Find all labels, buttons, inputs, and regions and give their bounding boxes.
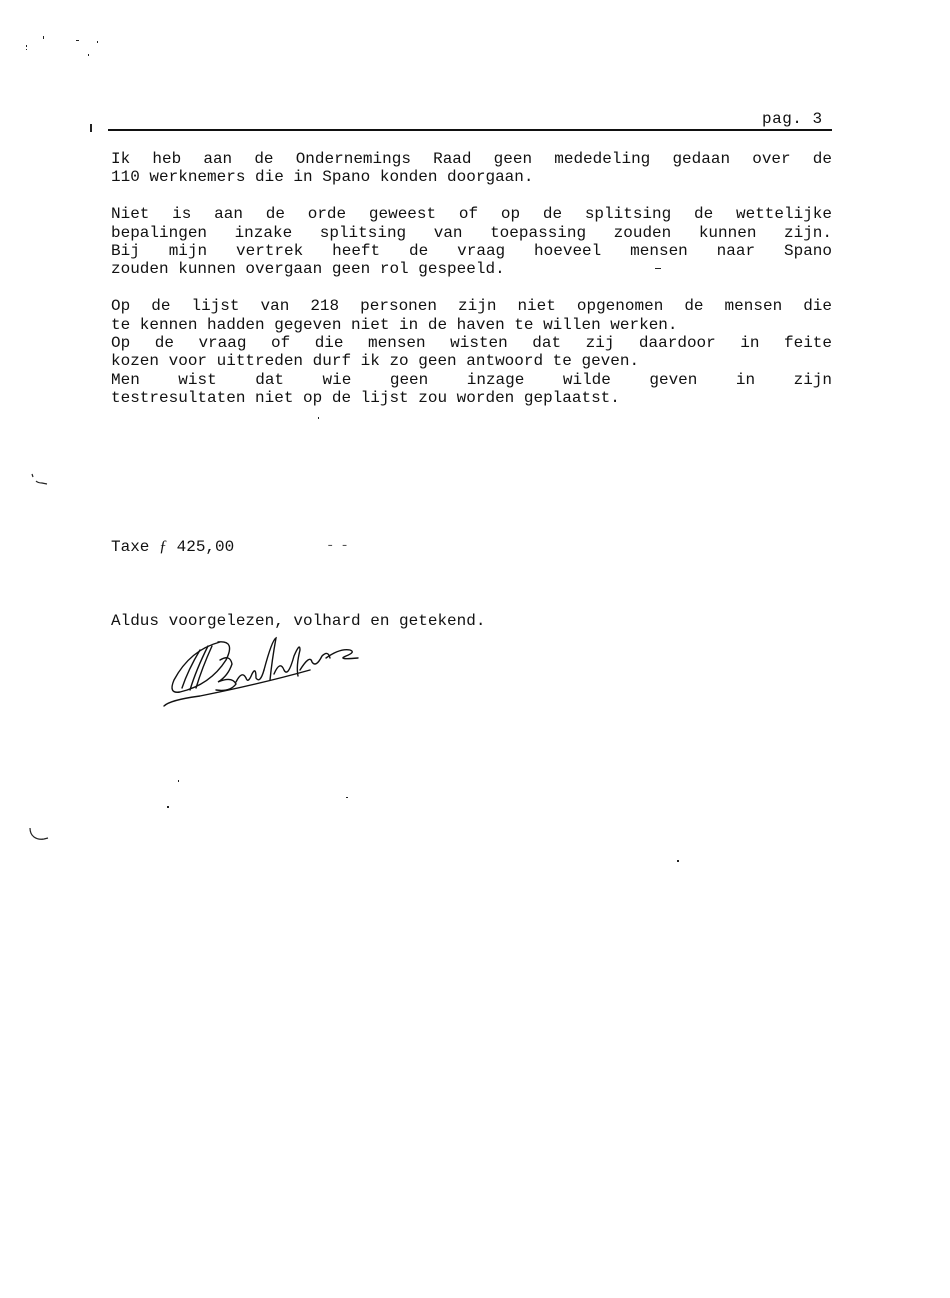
text-line: Men wist dat wie geen inzage wilde geven…: [111, 371, 832, 389]
scan-artifact: --: [326, 538, 355, 554]
text-line: kozen voor uittreden durf ik zo geen ant…: [111, 352, 832, 370]
text-line: 110 werknemers die in Spano konden doorg…: [111, 168, 832, 186]
fee-label: Taxe: [111, 538, 149, 556]
scan-speck: [43, 36, 44, 39]
fee-amount: 425,00: [177, 538, 235, 556]
scan-speck: [76, 40, 79, 41]
fee-line: Taxe ƒ 425,00: [111, 538, 234, 556]
signature-icon: [160, 630, 370, 710]
scan-speck: [178, 780, 179, 782]
text-line: testresultaten niet op de lijst zou word…: [111, 389, 832, 407]
text-line: Bij mijn vertrek heeft de vraag hoeveel …: [111, 242, 832, 260]
text-line: te kennen hadden gegeven niet in de have…: [111, 316, 832, 334]
text-line: Op de vraag of die mensen wisten dat zij…: [111, 334, 832, 352]
guilder-symbol: ƒ: [159, 538, 167, 555]
text-line: zouden kunnen overgaan geen rol gespeeld…: [111, 260, 832, 278]
scan-speck: [26, 45, 27, 47]
margin-mark: [90, 124, 92, 132]
document-body: Ik heb aan de Ondernemings Raad geen med…: [111, 150, 832, 426]
paragraph: Op de lijst van 218 personen zijn niet o…: [111, 297, 832, 407]
hole-punch-mark: [28, 826, 52, 844]
scan-speck: [88, 54, 89, 56]
text-line: Ik heb aan de Ondernemings Raad geen med…: [111, 150, 832, 168]
text-line: Niet is aan de orde geweest of op de spl…: [111, 205, 832, 223]
scan-speck: [346, 797, 348, 798]
scan-speck: [167, 806, 169, 808]
hole-punch-mark: [30, 472, 52, 488]
paragraph: Niet is aan de orde geweest of op de spl…: [111, 205, 832, 279]
scan-speck: [26, 49, 27, 50]
text-line: Op de lijst van 218 personen zijn niet o…: [111, 297, 832, 315]
page-number: pag. 3: [762, 110, 823, 128]
closing-statement: Aldus voorgelezen, volhard en getekend.: [111, 612, 485, 630]
text-line: bepalingen inzake splitsing van toepassi…: [111, 224, 832, 242]
scan-speck: [677, 860, 679, 862]
header-rule: [108, 129, 832, 131]
scan-speck: [97, 41, 98, 43]
paragraph: Ik heb aan de Ondernemings Raad geen med…: [111, 150, 832, 187]
